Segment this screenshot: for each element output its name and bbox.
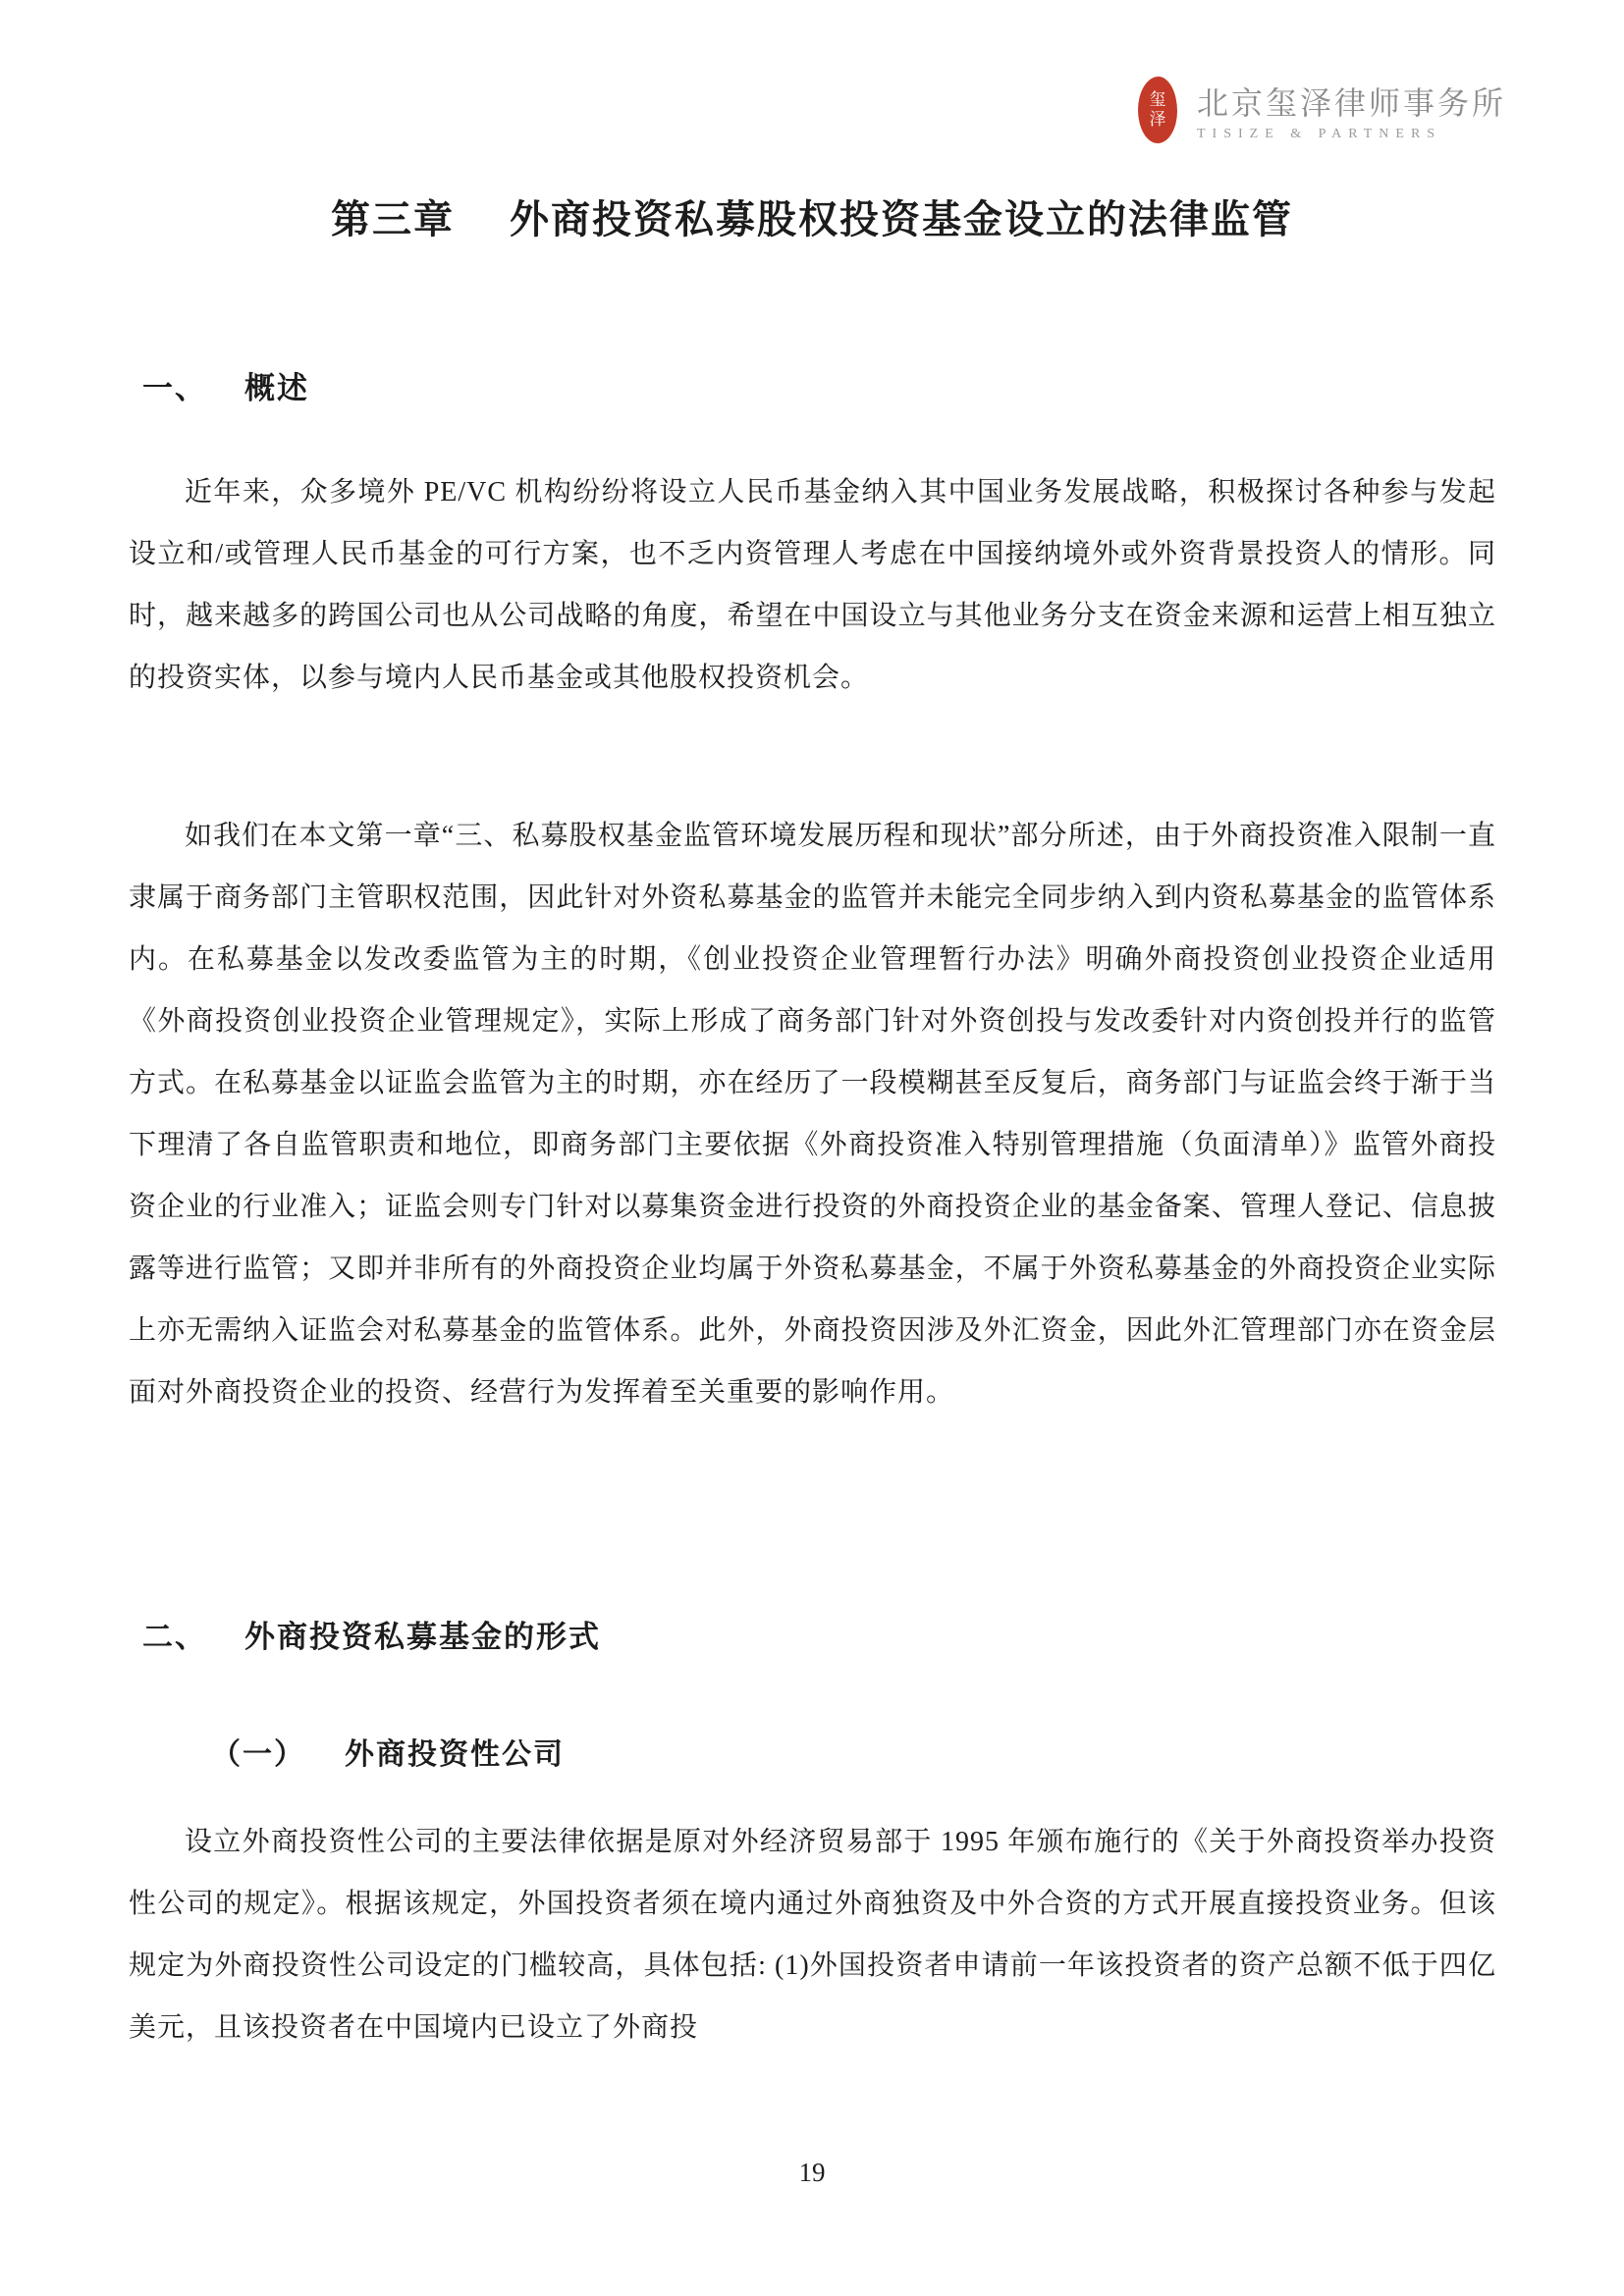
subsection-heading-investment-company: （一） 外商投资性公司 bbox=[211, 1730, 565, 1773]
page-title: 第三章 外商投资私募股权投资基金设立的法律监管 bbox=[0, 188, 1624, 244]
chapter-number: 第三章 bbox=[331, 188, 455, 244]
section-title: 外商投资私募基金的形式 bbox=[244, 1612, 601, 1656]
subsection-title: 外商投资性公司 bbox=[345, 1730, 565, 1773]
law-firm-header: 玺 泽 北京玺泽律师事务所 TISIZE & PARTNERS bbox=[1138, 77, 1506, 143]
section-number: 一、 bbox=[142, 363, 244, 407]
section-heading-fund-forms: 二、 外商投资私募基金的形式 bbox=[142, 1612, 601, 1656]
page-footer: 19 bbox=[0, 2158, 1624, 2188]
document-page: 玺 泽 北京玺泽律师事务所 TISIZE & PARTNERS 第三章 外商投资… bbox=[0, 0, 1624, 2296]
firm-name-chinese: 北京玺泽律师事务所 bbox=[1197, 79, 1506, 124]
body-paragraph: 如我们在本文第一章“三、私募股权基金监管环境发展历程和现状”部分所述，由于外商投… bbox=[129, 805, 1496, 1423]
firm-name-english: TISIZE & PARTNERS bbox=[1197, 127, 1506, 142]
chapter-title: 外商投资私募股权投资基金设立的法律监管 bbox=[510, 188, 1293, 244]
body-paragraph: 近年来，众多境外 PE/VC 机构纷纷将设立人民币基金纳入其中国业务发展战略，积… bbox=[129, 461, 1496, 709]
firm-seal-icon: 玺 泽 bbox=[1138, 77, 1177, 143]
seal-char-bottom: 泽 bbox=[1149, 110, 1165, 130]
seal-char-top: 玺 bbox=[1149, 90, 1165, 110]
firm-name-block: 北京玺泽律师事务所 TISIZE & PARTNERS bbox=[1197, 79, 1506, 142]
page-number: 19 bbox=[799, 2158, 826, 2187]
section-number: 二、 bbox=[142, 1612, 244, 1656]
section-title: 概述 bbox=[244, 363, 309, 407]
body-paragraph: 设立外商投资性公司的主要法律依据是原对外经济贸易部于 1995 年颁布施行的《关… bbox=[129, 1811, 1496, 2058]
section-heading-overview: 一、 概述 bbox=[142, 363, 309, 407]
subsection-number: （一） bbox=[211, 1730, 305, 1773]
